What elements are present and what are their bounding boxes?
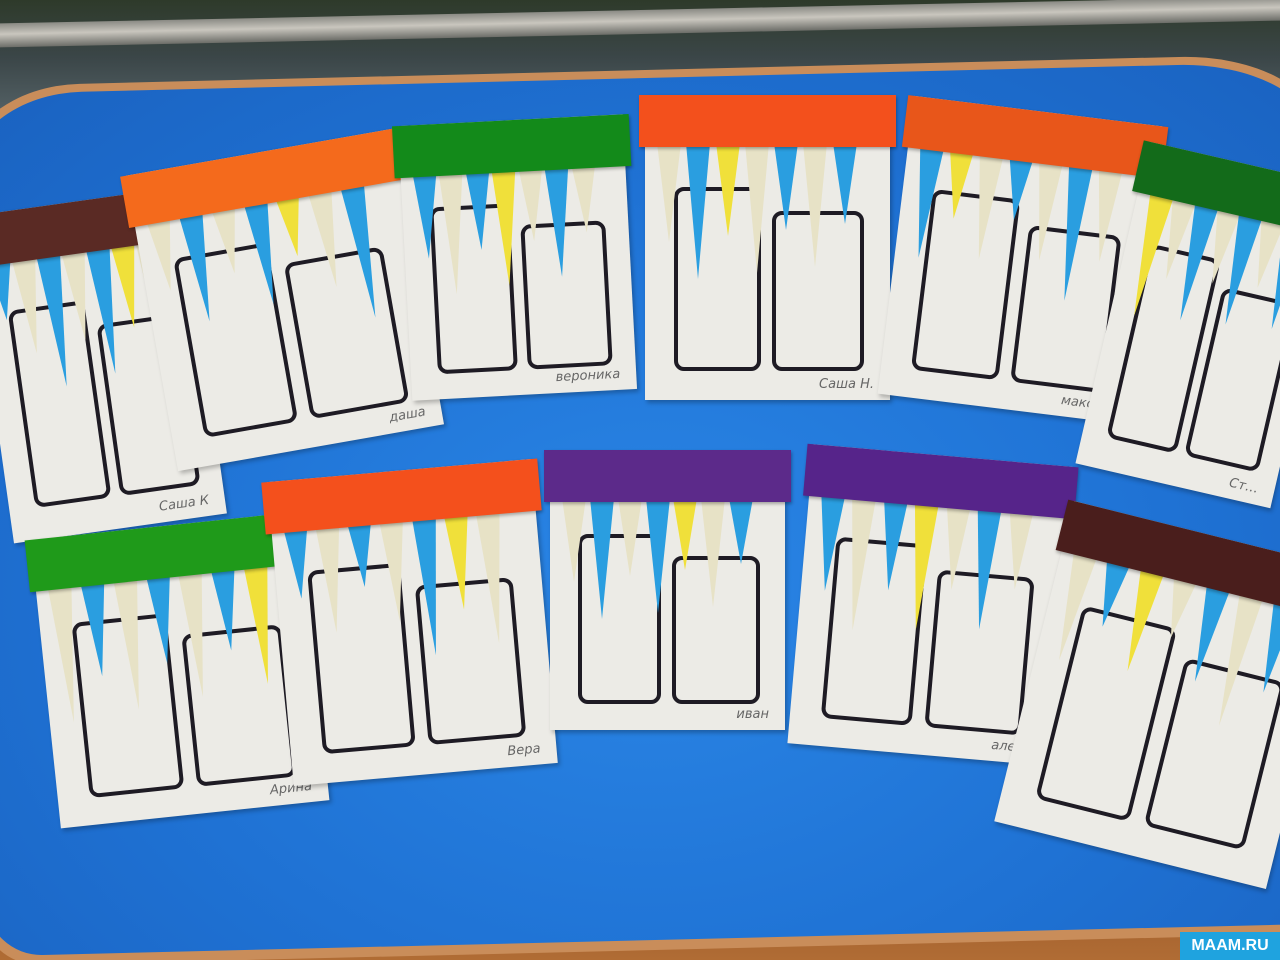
- child-name-label: Вера: [507, 741, 541, 759]
- window-drawing: [284, 246, 410, 419]
- plasticine-icicle: [833, 143, 857, 224]
- craft-card: Вера: [267, 459, 558, 786]
- plasticine-icicle: [412, 172, 440, 259]
- child-name-label: даша: [388, 404, 427, 425]
- plasticine-icicle: [646, 498, 670, 613]
- craft-card: иван: [550, 450, 785, 730]
- plasticine-icicle: [1159, 575, 1197, 640]
- paper-roof: [544, 450, 791, 502]
- plasticine-icicle: [745, 143, 769, 273]
- plasticine-icicle: [701, 498, 725, 607]
- plasticine-icicle: [590, 498, 614, 619]
- child-name-label: вероника: [555, 367, 620, 385]
- child-name-label: Саша К: [158, 493, 210, 515]
- plasticine-icicle: [562, 498, 586, 582]
- plasticine-icicle: [657, 143, 681, 242]
- craft-card: Саша Н.: [645, 95, 890, 400]
- paper-roof: [392, 114, 631, 178]
- plasticine-icicle: [544, 165, 574, 277]
- plasticine-icicle: [716, 143, 740, 236]
- plasticine-icicle: [492, 168, 522, 286]
- paper-roof: [639, 95, 896, 147]
- plasticine-icicle: [803, 143, 827, 267]
- plasticine-icicle: [276, 194, 310, 258]
- plasticine-icicle: [1002, 156, 1033, 221]
- child-name-label: иван: [736, 707, 769, 722]
- plasticine-icicle: [774, 143, 798, 230]
- plasticine-icicle: [146, 217, 182, 293]
- watermark: MAAM.RU: [1180, 932, 1280, 960]
- plasticine-icicle: [283, 527, 313, 600]
- plasticine-icicle: [729, 498, 753, 564]
- plasticine-icicle: [571, 164, 599, 233]
- plasticine-icicle: [673, 498, 697, 570]
- craft-card: даша: [126, 129, 444, 471]
- plasticine-icicle: [439, 171, 469, 295]
- child-name-label: Саша Н.: [819, 377, 874, 392]
- plasticine-icicle: [518, 167, 546, 242]
- child-name-label: Ст…: [1228, 476, 1260, 497]
- plasticine-icicle: [465, 169, 493, 250]
- plasticine-icicle: [686, 143, 710, 279]
- plasticine-icicle: [618, 498, 642, 576]
- craft-card: вероника: [398, 114, 637, 400]
- plasticine-icicle: [347, 521, 377, 588]
